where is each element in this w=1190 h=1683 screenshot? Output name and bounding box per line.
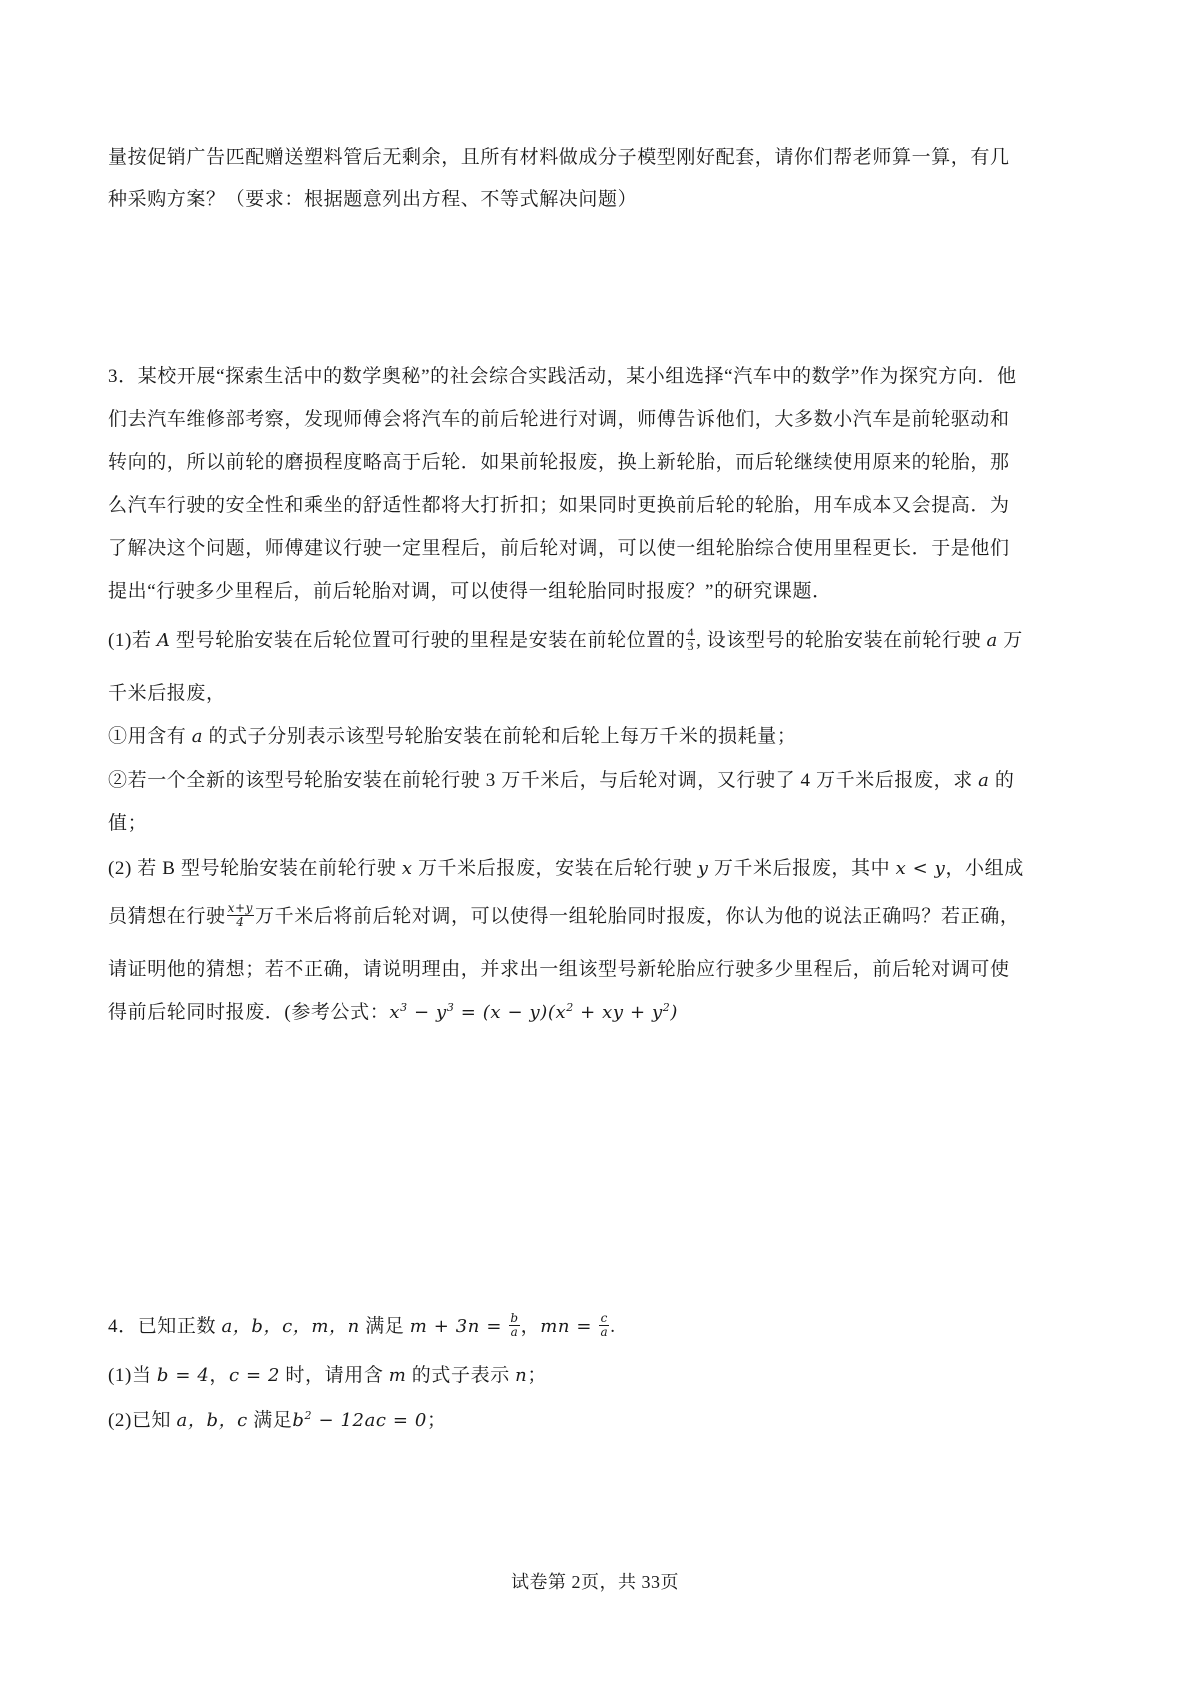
q4-text-b: 满足 xyxy=(360,1316,410,1337)
equation-2-lhs: mn = xyxy=(540,1316,598,1337)
q3-part2-text-a: (2) 若 B 型号轮胎安装在前轮行驶 xyxy=(108,858,402,879)
var-a: a xyxy=(987,630,998,651)
q2-text-line-1: 量按促销广告匹配赠送塑料管后无剩余，且所有材料做成分子模型刚好配套，请你们帮老师… xyxy=(108,146,1010,170)
q3-part2-text-b: 万千米后报废，安装在后轮行驶 xyxy=(413,858,698,879)
q3-part1-text-a: 型号轮胎安装在后轮位置可行驶的里程是安装在前轮位置的 xyxy=(171,630,686,651)
equation-b-eq-4: b = 4 xyxy=(157,1365,210,1386)
q3-part2-line-4: 得前后轮同时报废．(参考公式：x3 − y3 = (x − y)(x2 + xy… xyxy=(108,1001,678,1025)
fraction-c-over-a: ca xyxy=(599,1312,609,1339)
var-n: n xyxy=(515,1365,527,1386)
exponent-3: 3 xyxy=(400,1001,408,1014)
fraction-numerator: b xyxy=(509,1312,519,1326)
q4-part1-text-c: 的式子表示 xyxy=(406,1365,515,1386)
equation-1-lhs: m + 3n = xyxy=(410,1316,509,1337)
separator: ， xyxy=(521,1316,541,1337)
q4-part2-variables: a，b，c xyxy=(177,1410,248,1431)
q3-sub1-text-b: 的式子分别表示该型号轮胎安装在前轮和后轮上每万千米的损耗量； xyxy=(203,726,796,747)
exponent-2: 2 xyxy=(305,1409,313,1422)
q3-stem-line-4: 么汽车行驶的安全性和乘坐的舒适性都将大打折扣；如果同时更换前后轮的轮胎，用车成本… xyxy=(108,494,1010,518)
formula-eq: = (x − y)(x xyxy=(454,1002,566,1023)
var-y: y xyxy=(698,858,709,879)
formula-minus-y: − y xyxy=(408,1002,447,1023)
inequality-x-lt-y: x < y xyxy=(896,858,946,879)
var-A: A xyxy=(157,630,171,651)
q3-part2-line-3: 请证明他的猜想；若不正确，请说明理由，并求出一组该型号新轮胎应行驶多少里程后，前… xyxy=(108,958,1010,982)
reference-formula: x3 − y3 = (x − y)(x2 + xy + y2) xyxy=(389,1002,678,1023)
fraction-numerator: 4 xyxy=(686,626,695,640)
fraction-denominator: a xyxy=(599,1326,609,1339)
q3-part2-text-d: ，小组成 xyxy=(945,858,1023,879)
q4-part1-text-a: (1)当 xyxy=(108,1365,157,1386)
var-a: a xyxy=(978,770,989,791)
fraction-denominator: a xyxy=(509,1326,519,1339)
q3-part2-l2-text-a: 员猜想在行驶 xyxy=(108,906,226,927)
q3-sub2-text-a: ②若一个全新的该型号轮胎安装在前轮行驶 3 万千米后，与后轮对调，又行驶了 4 … xyxy=(108,770,978,791)
semicolon: ； xyxy=(527,1365,547,1386)
equation-rest: − 12ac = 0 xyxy=(312,1410,427,1431)
q4-part1-text-b: 时，请用含 xyxy=(280,1365,389,1386)
fraction-numerator: c xyxy=(599,1312,609,1326)
var-x: x xyxy=(402,858,413,879)
q3-part1-line-2: 千米后报废， xyxy=(108,682,226,706)
q3-stem-line-2: 们去汽车维修部考察，发现师傅会将汽车的前后轮进行对调，师傅告诉他们，大多数小汽车… xyxy=(108,408,1010,432)
q3-part2-line-1: (2) 若 B 型号轮胎安装在前轮行驶 x 万千米后报废，安装在后轮行驶 y 万… xyxy=(108,857,1024,881)
semicolon: ； xyxy=(427,1410,447,1431)
q3-part1-line-1: (1)若 A 型号轮胎安装在后轮位置可行驶的里程是安装在前轮位置的43, 设该型… xyxy=(108,628,1023,655)
q4-line-1: 4．已知正数 a，b，c，m，n 满足 m + 3n = ba，mn = ca. xyxy=(108,1314,616,1341)
q3-part1-sub2: ②若一个全新的该型号轮胎安装在前轮行驶 3 万千米后，与后轮对调，又行驶了 4 … xyxy=(108,769,1014,793)
q3-stem-line-5: 了解决这个问题，师傅建议行驶一定里程后，前后轮对调，可以使一组轮胎综合使用里程更… xyxy=(108,537,1010,561)
q4-part2-text-b: 满足 xyxy=(248,1410,293,1431)
q3-part1-text-b: , 设该型号的轮胎安装在前轮行驶 xyxy=(696,630,986,651)
fraction-b-over-a: ba xyxy=(509,1312,519,1339)
q3-part2-l2-text-b: 万千米后将前后轮对调，可以使得一组轮胎同时报废，你认为他的说法正确吗？若正确， xyxy=(255,906,1019,927)
q2-text-line-2: 种采购方案？（要求：根据题意列出方程、不等式解决问题） xyxy=(108,188,637,212)
q3-part2-line-2: 员猜想在行驶x+y4万千米后将前后轮对调，可以使得一组轮胎同时报废，你认为他的说… xyxy=(108,904,1019,931)
var-b: b xyxy=(292,1410,304,1431)
q3-stem-line-6: 提出“行驶多少里程后，前后轮胎对调，可以使得一组轮胎同时报废？”的研究课题． xyxy=(108,580,832,604)
formula-x: x xyxy=(389,1002,400,1023)
q4-text-a: 4．已知正数 xyxy=(108,1316,221,1337)
fraction-x-plus-y-over-4: x+y4 xyxy=(227,902,254,929)
fraction-denominator: 3 xyxy=(686,640,695,653)
formula-mid: + xy + y xyxy=(574,1002,663,1023)
q3-sub2-text-b: 的 xyxy=(990,770,1015,791)
page-footer: 试卷第 2页，共 33页 xyxy=(0,1568,1190,1594)
var-m: m xyxy=(389,1365,407,1386)
var-a: a xyxy=(192,726,203,747)
q3-stem-line-1: 3．某校开展“探索生活中的数学奥秘”的社会综合实践活动，某小组选择“汽车中的数学… xyxy=(108,365,1017,389)
q4-part2: (2)已知 a，b，c 满足b2 − 12ac = 0； xyxy=(108,1409,447,1433)
q3-part1-text-c: 万 xyxy=(998,630,1023,651)
fraction-4-3: 43 xyxy=(686,626,695,653)
q4-variables: a，b，c，m，n xyxy=(221,1316,359,1337)
q4-part2-text-a: (2)已知 xyxy=(108,1410,177,1431)
q3-part1-sub1: ①用含有 a 的式子分别表示该型号轮胎安装在前轮和后轮上每万千米的损耗量； xyxy=(108,725,796,749)
q3-stem-line-3: 转向的，所以前轮的磨损程度略高于后轮．如果前轮报废，换上新轮胎，而后轮继续使用原… xyxy=(108,451,1010,475)
q3-part2-text-c: 万千米后报废，其中 xyxy=(708,858,895,879)
q3-part1-prefix: (1)若 xyxy=(108,630,157,651)
q4-part1: (1)当 b = 4，c = 2 时，请用含 m 的式子表示 n； xyxy=(108,1364,547,1388)
separator: ， xyxy=(209,1365,229,1386)
q3-part1-sub2-line-2: 值； xyxy=(108,812,147,836)
fraction-numerator: x+y xyxy=(227,902,254,916)
formula-end: ) xyxy=(670,1002,678,1023)
exponent-2: 2 xyxy=(566,1001,574,1014)
q3-part2-l4-text: 得前后轮同时报废．(参考公式： xyxy=(108,1002,389,1023)
fraction-denominator: 4 xyxy=(227,916,254,929)
q3-sub1-text-a: ①用含有 xyxy=(108,726,192,747)
equation-c-eq-2: c = 2 xyxy=(229,1365,280,1386)
period: . xyxy=(610,1316,615,1337)
equation-discriminant: b2 − 12ac = 0 xyxy=(292,1410,427,1431)
